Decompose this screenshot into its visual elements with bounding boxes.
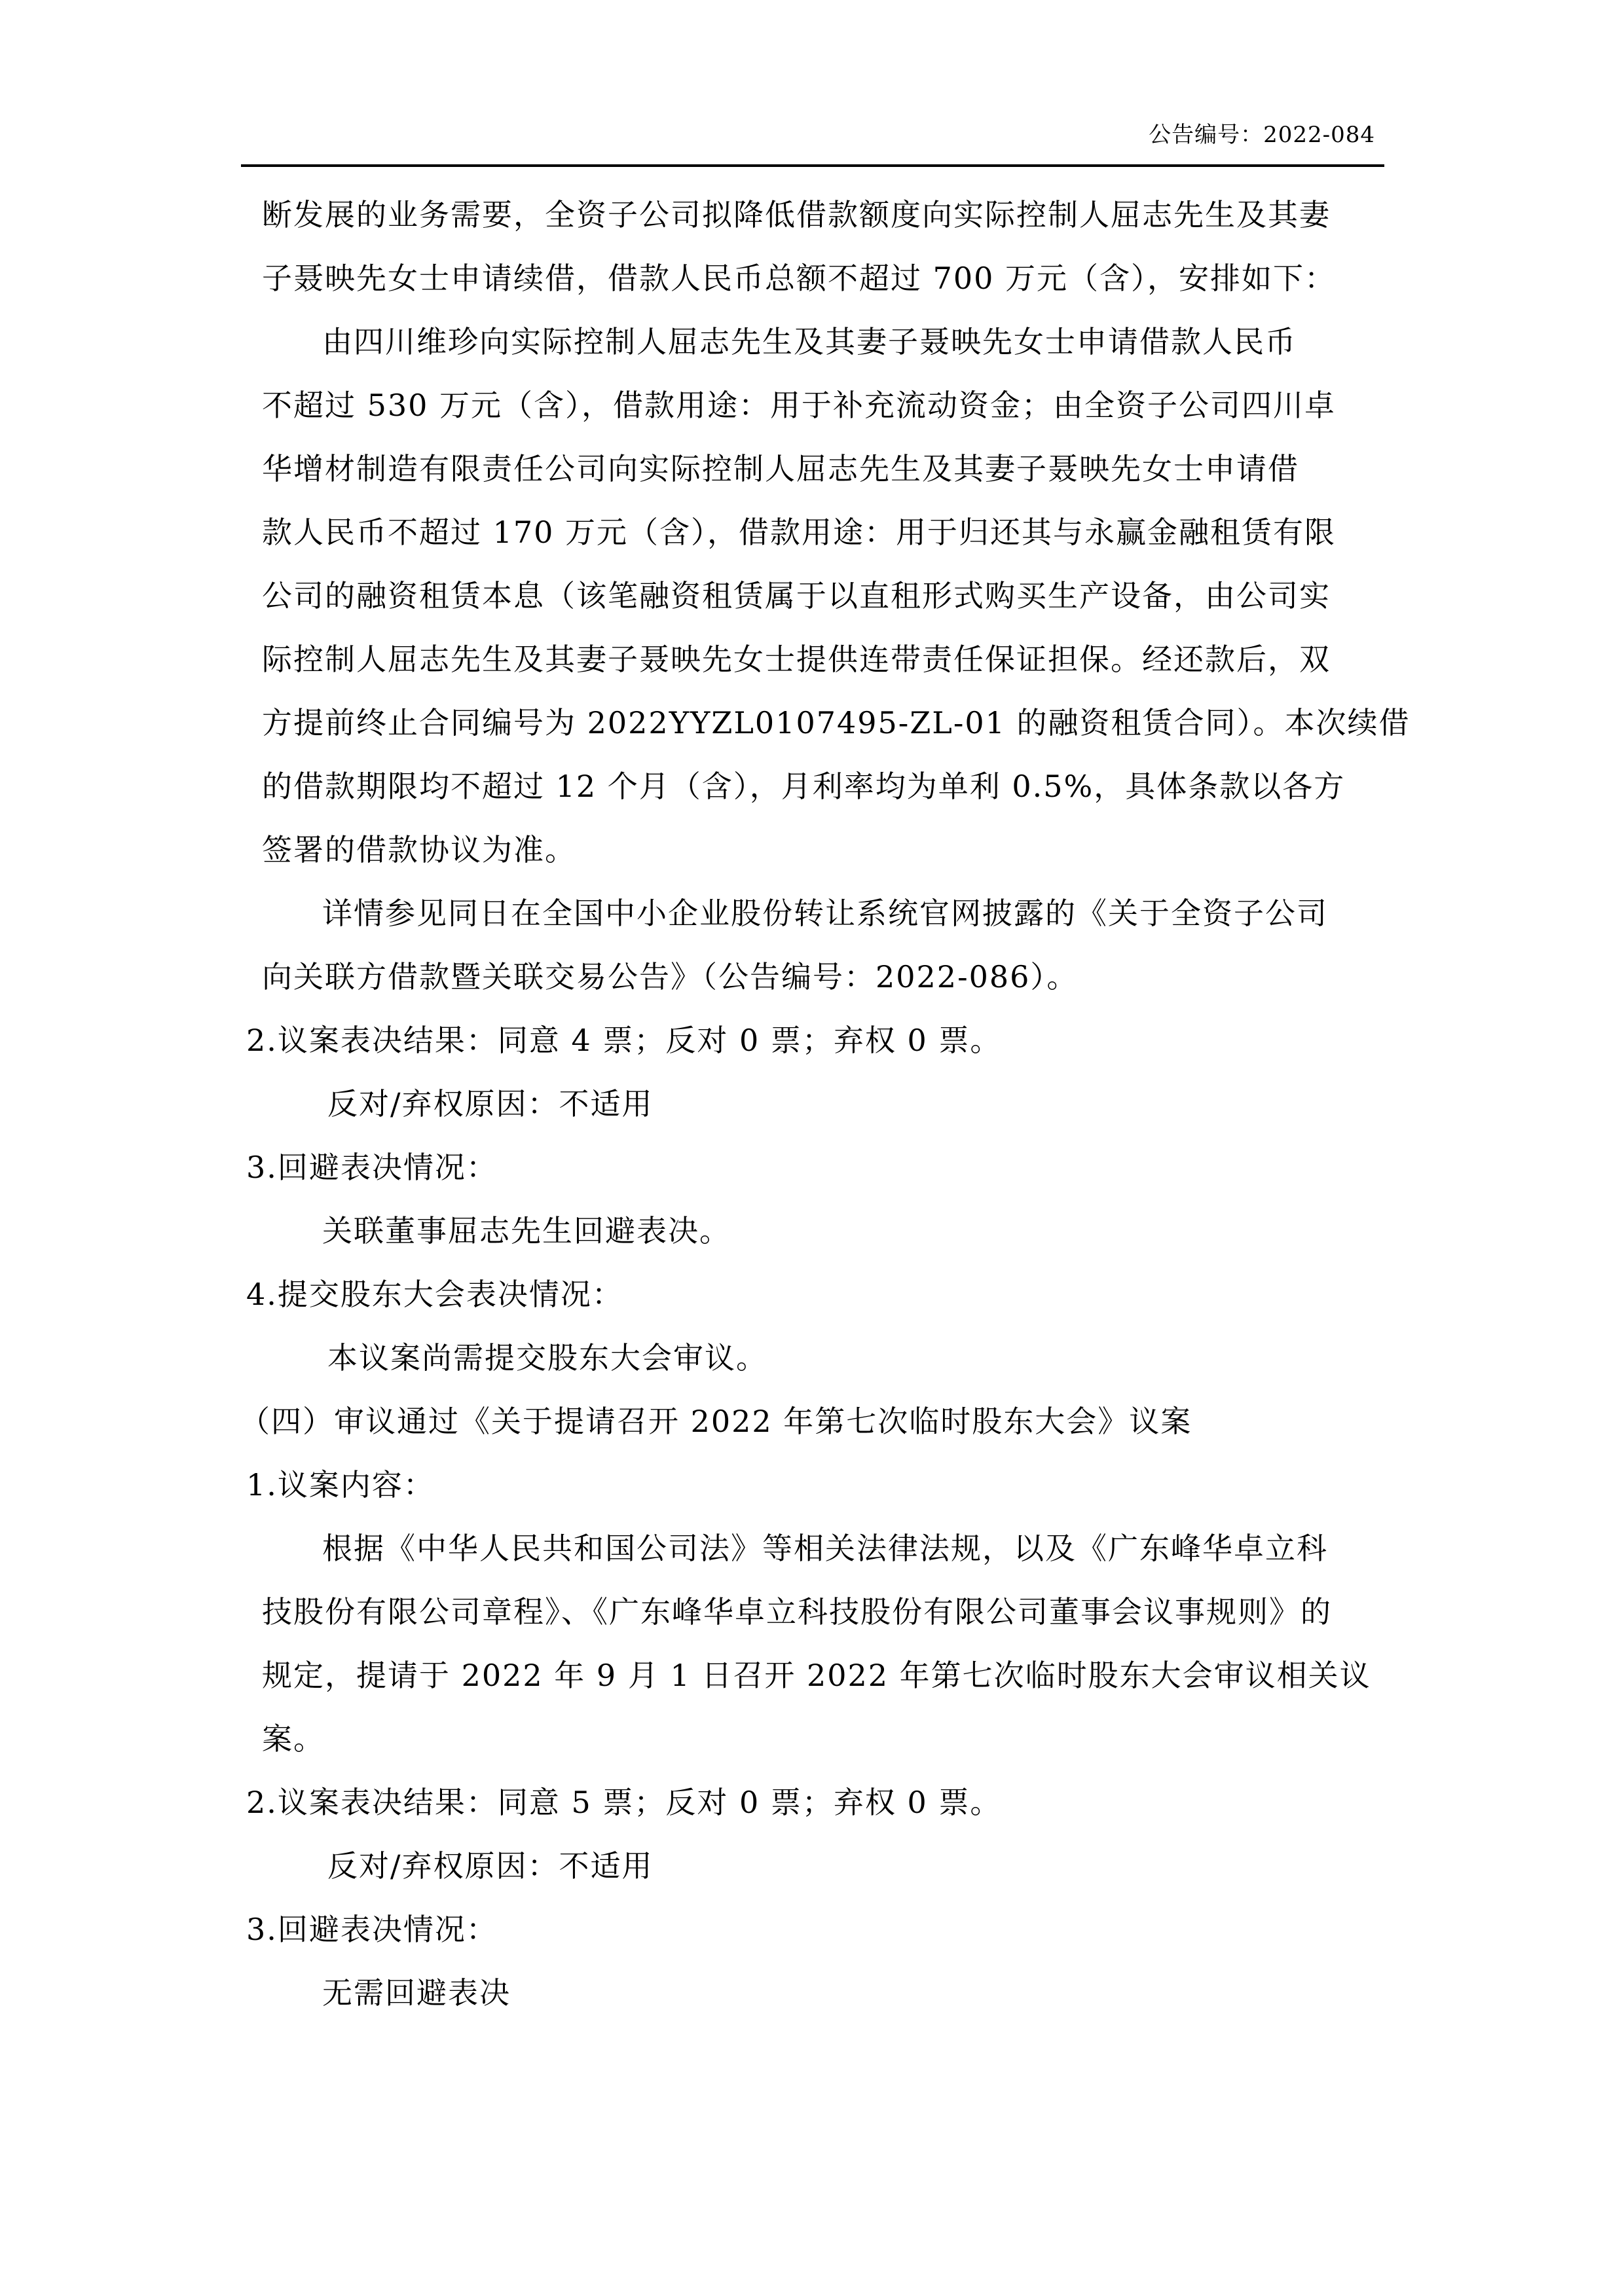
text-line: 的借款期限均不超过 12 个月（含），月利率均为单利 0.5%，具体条款以各方	[262, 768, 1345, 805]
text-line: 款人民币不超过 170 万元（含），借款用途：用于归还其与永赢金融租赁有限	[262, 514, 1336, 551]
recusal-detail: 关联董事屈志先生回避表决。	[322, 1212, 731, 1249]
text-line: 断发展的业务需要，全资子公司拟降低借款额度向实际控制人屈志先生及其妻	[262, 196, 1331, 233]
objection-reason: 反对/弃权原因：不适用	[327, 1085, 654, 1122]
text-line: 技股份有限公司章程》、《广东峰华卓立科技股份有限公司董事会议事规则》的	[262, 1594, 1332, 1630]
text-line: 华增材制造有限责任公司向实际控制人屈志先生及其妻子聂映先女士申请借	[262, 450, 1299, 487]
announcement-number: 公告编号：2022-084	[1149, 117, 1375, 149]
vote-result: 2.议案表决结果：同意 5 票；反对 0 票；弃权 0 票。	[246, 1784, 1001, 1821]
header-divider	[241, 164, 1384, 167]
text-line: 签署的借款协议为准。	[262, 831, 576, 868]
text-line: 公司的融资租赁本息（该笔融资租赁属于以直租形式购买生产设备，由公司实	[262, 577, 1331, 614]
text-line: 向关联方借款暨关联交易公告》（公告编号：2022-086）。	[262, 958, 1078, 995]
text-line: 不超过 530 万元（含），借款用途：用于补充流动资金；由全资子公司四川卓	[262, 387, 1336, 424]
shareholder-submission-detail: 本议案尚需提交股东大会审议。	[327, 1339, 767, 1376]
recusal-heading: 3.回避表决情况：	[246, 1911, 498, 1948]
recusal-heading: 3.回避表决情况：	[246, 1149, 498, 1186]
text-line: 根据《中华人民共和国公司法》等相关法律法规，以及《广东峰华卓立科	[322, 1530, 1328, 1567]
text-line: 子聂映先女士申请续借，借款人民币总额不超过 700 万元（含），安排如下：	[262, 260, 1336, 297]
section-heading: （四）审议通过《关于提请召开 2022 年第七次临时股东大会》议案	[240, 1403, 1192, 1440]
objection-reason: 反对/弃权原因：不适用	[327, 1848, 654, 1884]
text-line: 规定，提请于 2022 年 9 月 1 日召开 2022 年第七次临时股东大会审…	[262, 1657, 1371, 1694]
recusal-detail: 无需回避表决	[322, 1975, 511, 2011]
text-line: 详情参见同日在全国中小企业股份转让系统官网披露的《关于全资子公司	[322, 895, 1328, 932]
text-line: 际控制人屈志先生及其妻子聂映先女士提供连带责任保证担保。经还款后，双	[262, 641, 1331, 678]
shareholder-submission-heading: 4.提交股东大会表决情况：	[246, 1276, 623, 1313]
proposal-content-heading: 1.议案内容：	[246, 1467, 435, 1503]
text-line: 由四川维珍向实际控制人屈志先生及其妻子聂映先女士申请借款人民币	[322, 323, 1297, 360]
text-line: 方提前终止合同编号为 2022YYZL0107495-ZL-01 的融资租赁合同…	[262, 704, 1411, 741]
vote-result: 2.议案表决结果：同意 4 票；反对 0 票；弃权 0 票。	[246, 1022, 1001, 1059]
text-line: 案。	[262, 1721, 325, 1757]
